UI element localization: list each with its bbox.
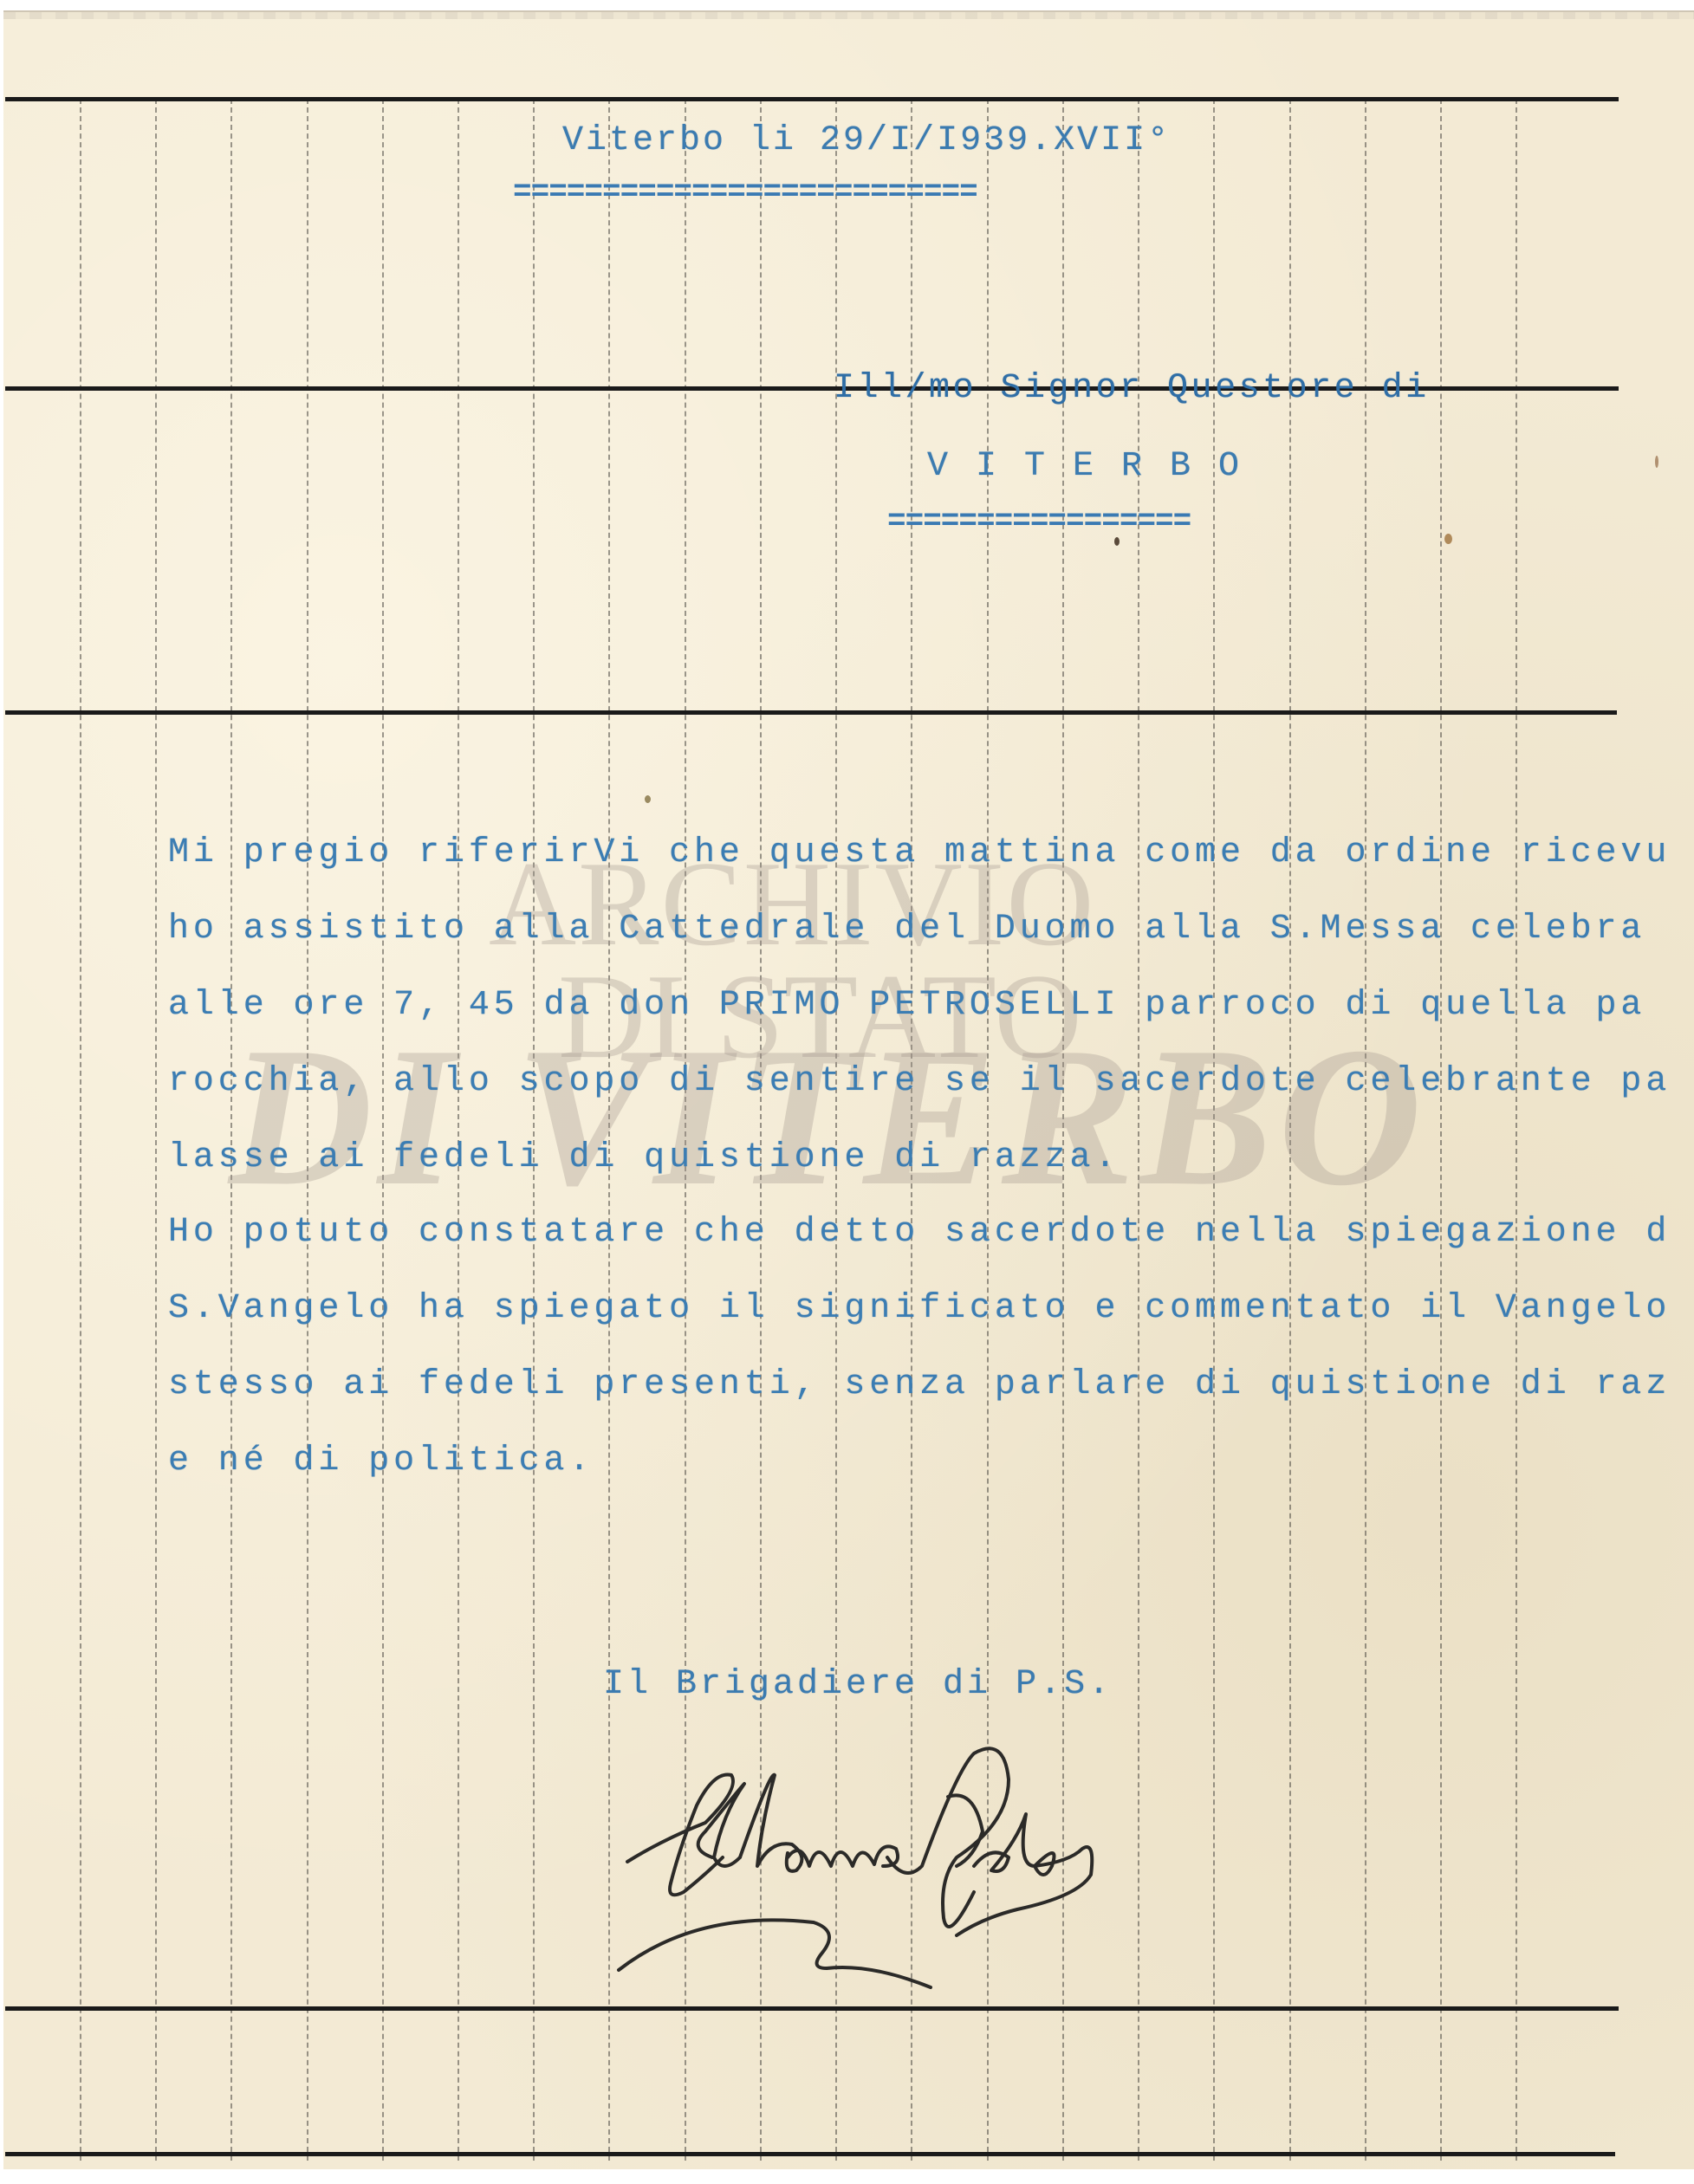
body-line: stesso ai fedeli presenti, senza parlare… (168, 1365, 1671, 1404)
column-rule (1516, 99, 1517, 2161)
place-date: Viterbo li 29/I/I939.XVII° (562, 121, 1171, 160)
recipient-title: Ill/mo Signor Questore di (834, 369, 1430, 408)
paper-stain (1114, 537, 1120, 546)
column-rule (1440, 99, 1442, 2161)
torn-top-edge (3, 12, 1694, 19)
paper-stain (645, 795, 651, 803)
body-line: Mi pregio riferirVi che questa mattina c… (168, 833, 1671, 872)
body-line: rocchia, allo scopo di sentire se il sac… (168, 1062, 1671, 1101)
signatory-title: Il Brigadiere di P.S. (603, 1665, 1113, 1704)
body-line: Ho potuto constatare che detto sacerdote… (168, 1213, 1671, 1252)
column-rule (155, 99, 157, 2161)
paper-stain (1444, 534, 1452, 544)
column-rule (458, 99, 459, 2161)
body-line: ho assistito alla Cattedrale del Duomo a… (168, 910, 1645, 949)
column-rule (80, 99, 81, 2161)
document-page: ARCHIVIO DI STATO DI VITERBO Viterbo li … (3, 10, 1694, 2169)
body-line: alle ore 7, 45 da don PRIMO PETROSELLI p… (168, 986, 1645, 1025)
body-line: e né di politica. (168, 1442, 594, 1481)
horizontal-rule (5, 2152, 1615, 2156)
column-rule (230, 99, 232, 2161)
horizontal-rule (5, 97, 1619, 101)
horizontal-rule (5, 710, 1617, 715)
paper-stain (1655, 456, 1658, 468)
date-underline: ========================== (513, 177, 977, 208)
body-line: lasse ai fedeli di quistione di razza. (168, 1138, 1120, 1177)
recipient-city: V I T E R B O (927, 447, 1243, 486)
column-rule (307, 99, 308, 2161)
column-rule (533, 99, 535, 2161)
recipient-underline: ================= (887, 506, 1191, 537)
handwritten-signature: Colamarino Paolo (610, 1736, 1390, 1979)
column-rule (382, 99, 384, 2161)
horizontal-rule (5, 2006, 1619, 2011)
body-line: S.Vangelo ha spiegato il significato e c… (168, 1289, 1671, 1328)
watermark-di-viterbo: DI VITERBO (229, 1017, 1427, 1216)
